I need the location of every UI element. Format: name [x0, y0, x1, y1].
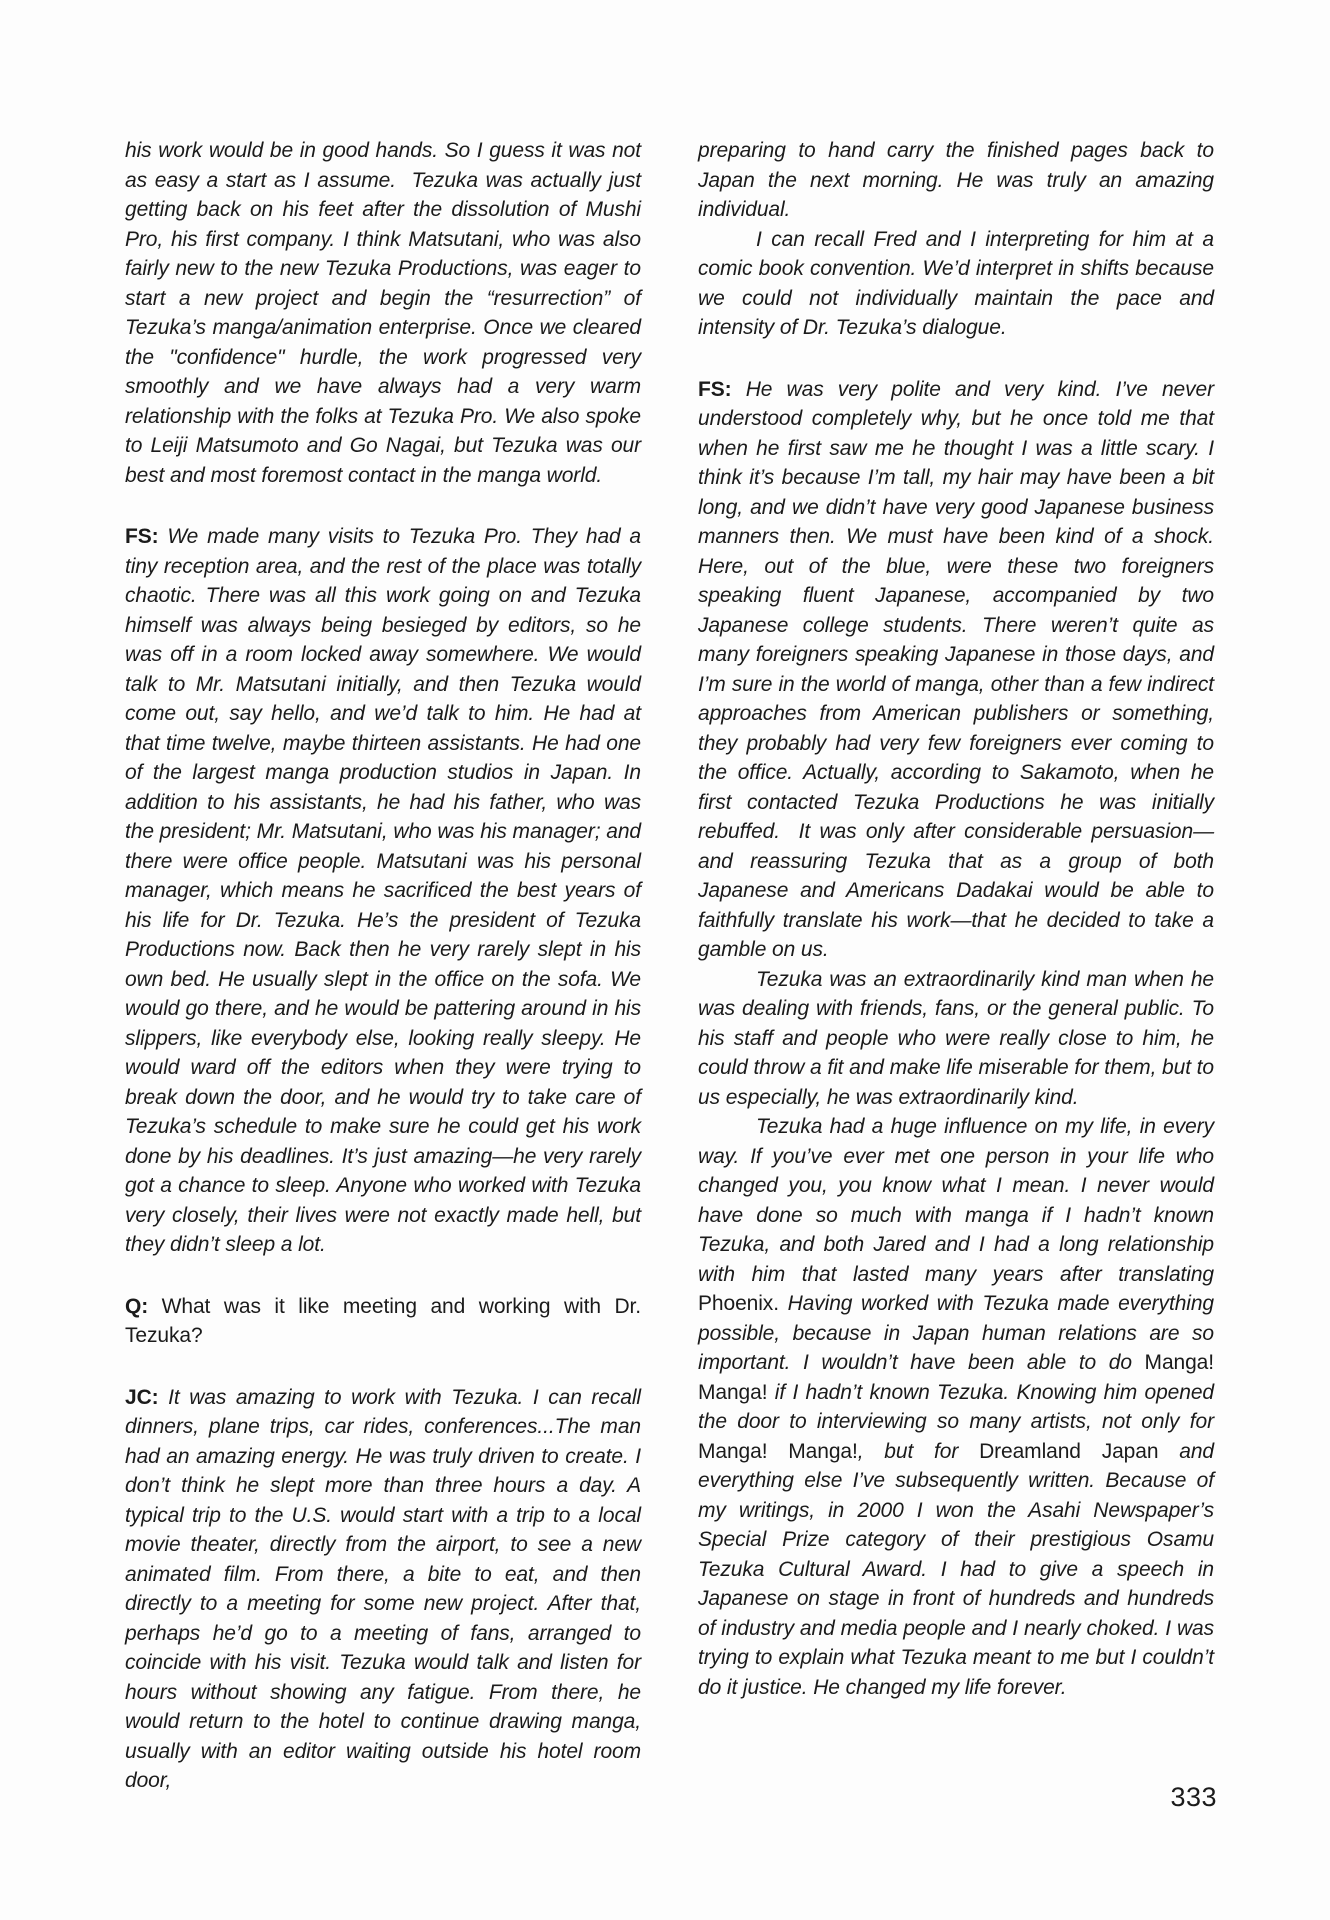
text-segment: if I hadn’t known Tezuka. Knowing him op… — [698, 1381, 1214, 1434]
text-segment: It was amazing to work with Tezuka. I ca… — [125, 1386, 641, 1793]
paragraph: FS: We made many visits to Tezuka Pro. T… — [125, 522, 641, 1260]
text-segment: his work would be in good hands. So I gu… — [125, 139, 641, 487]
speaker-label: FS: — [698, 378, 746, 401]
text-segment: Phoenix. — [698, 1292, 779, 1315]
page-number: 333 — [1170, 1782, 1217, 1812]
paragraph: Q: What was it like meeting and working … — [125, 1292, 641, 1351]
speaker-label: JC: — [125, 1386, 168, 1409]
text-segment: Tezuka had a huge influence on my life, … — [698, 1115, 1214, 1286]
paragraph: preparing to hand carry the finished pag… — [698, 136, 1214, 225]
paragraph: Tezuka was an extraordinarily kind man w… — [698, 965, 1214, 1113]
book-page: his work would be in good hands. So I gu… — [0, 0, 1330, 1920]
paragraph: his work would be in good hands. So I gu… — [125, 136, 641, 490]
text-segment: He was very polite and very kind. I’ve n… — [698, 378, 1214, 962]
text-segment: and everything else I’ve subsequently wr… — [698, 1440, 1214, 1699]
column-left: his work would be in good hands. So I gu… — [125, 136, 641, 1796]
paragraph: JC: It was amazing to work with Tezuka. … — [125, 1383, 641, 1796]
text-segment: Tezuka was an extraordinarily kind man w… — [698, 968, 1214, 1109]
text-segment: Dreamland Japan — [979, 1440, 1158, 1463]
paragraph: FS: He was very polite and very kind. I’… — [698, 375, 1214, 965]
text-segment: We made many visits to Tezuka Pro. They … — [125, 525, 641, 1256]
speaker-label: Q: — [125, 1295, 162, 1318]
text-segment: Manga! Manga! — [698, 1440, 858, 1463]
text-segment: , but for — [858, 1440, 979, 1463]
paragraph: I can recall Fred and I interpreting for… — [698, 225, 1214, 343]
speaker-label: FS: — [125, 525, 167, 548]
text-segment: I can recall Fred and I interpreting for… — [698, 228, 1214, 340]
paragraph: Tezuka had a huge influence on my life, … — [698, 1112, 1214, 1702]
text-segment: preparing to hand carry the finished pag… — [698, 139, 1214, 221]
text-segment: What was it like meeting and working wit… — [125, 1295, 641, 1348]
column-right: preparing to hand carry the finished pag… — [698, 136, 1214, 1702]
